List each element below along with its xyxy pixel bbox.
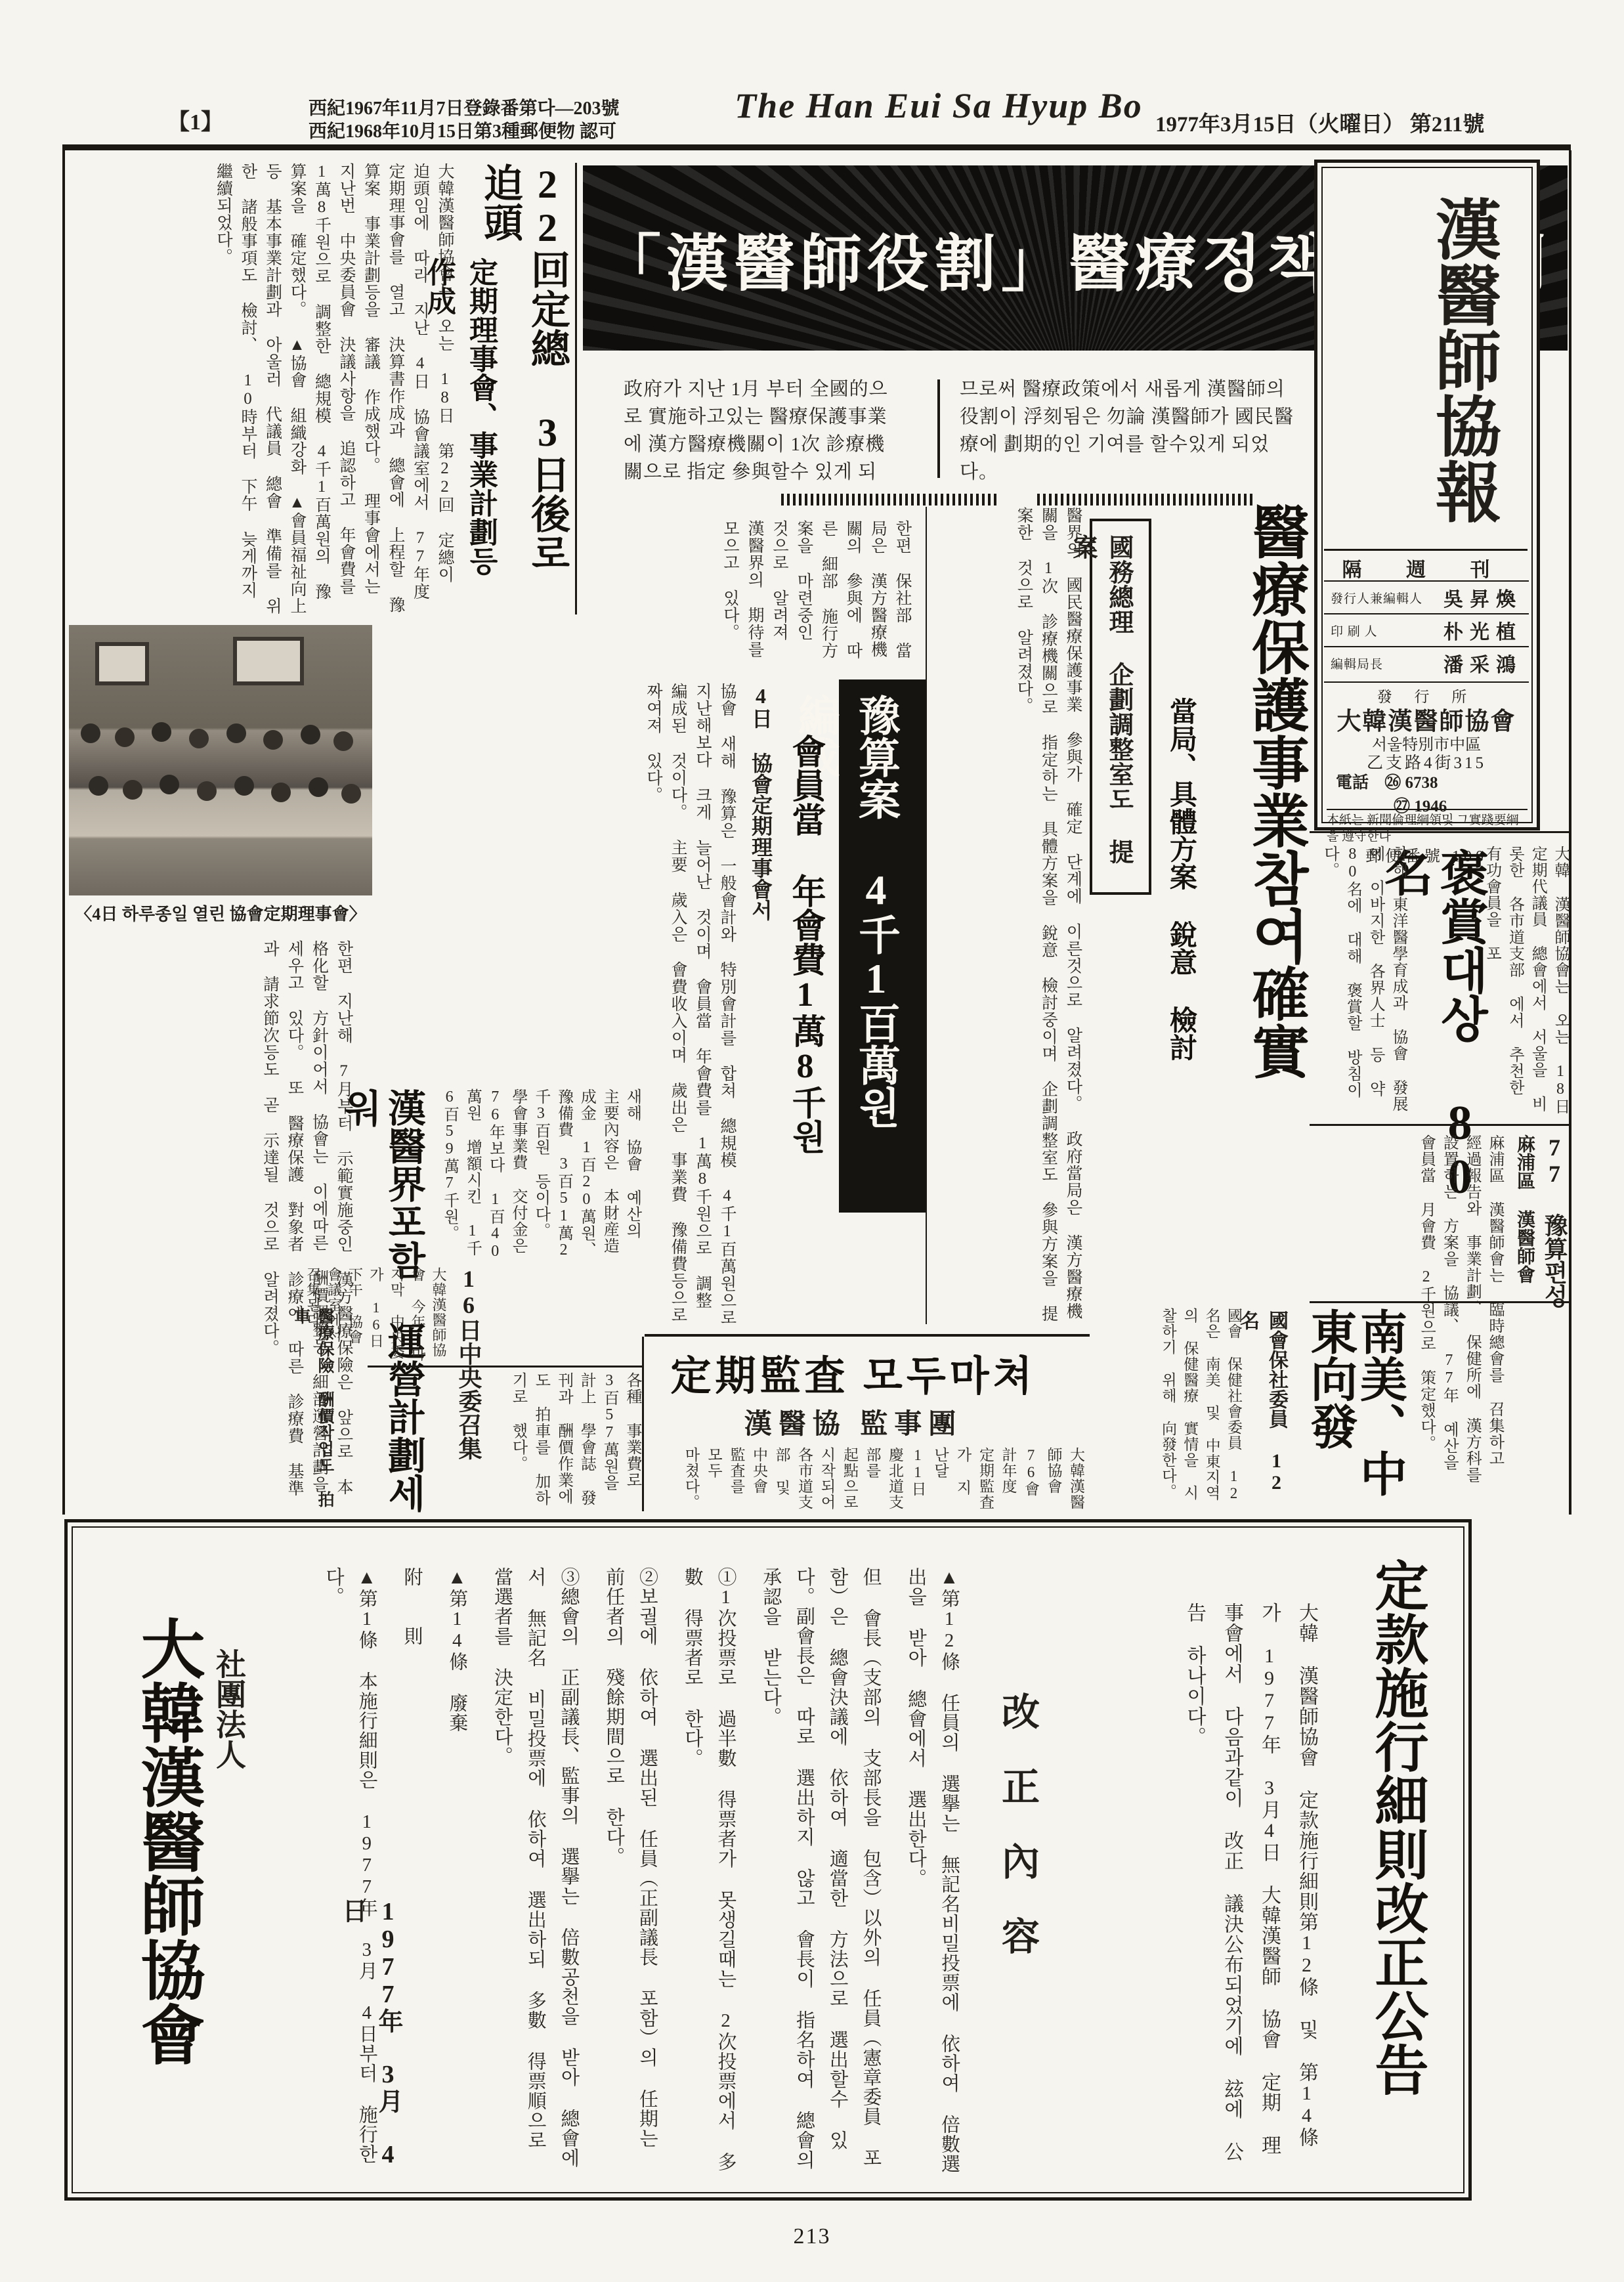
hanui-body-2: 各種 事業費로 3百57萬원을 計上 學會誌 發刊과 酬價作業에도 拍車를 加하… [487, 1372, 643, 1509]
staff-name: 朴光植 [1443, 616, 1522, 645]
notice-items: ▲第12條 任員의 選擧는 無記名비밀投票에 依하여 倍數選出을 받아 總會에서… [463, 1567, 966, 2178]
staff-row: 編輯局長 潘采鴻 [1324, 646, 1529, 679]
medical-subhead: 當局、具體方案 銳意 檢討 [1153, 697, 1201, 1134]
notice-section-title: 改正內容 [979, 1692, 1044, 2099]
jeongchong-subhead: 定期理事會、事業計劃등 作成 [459, 257, 502, 612]
notice-date: 1977年 3月 4日 [364, 1898, 406, 2182]
budget-subhead-fee: 會員當 年會費1萬8千원 [780, 734, 830, 1212]
notice-item: ▲第14條 廢棄 [440, 1567, 474, 2178]
jeongchong-headline: 22回定總 3日後로 迫頭 [504, 163, 571, 614]
gamsa-headline: 定期監査 모두마쳐 [656, 1343, 1050, 1394]
registration-line-2: 西紀1968年10月15日第3種郵便物 認可 [309, 120, 742, 143]
section-rule [368, 1366, 643, 1367]
nammi-subhead: 國會保社委員 12名 [1252, 1310, 1291, 1506]
budget-headline-box: 豫算案 4千1百萬원 編成 [839, 679, 926, 1213]
staff-label: 編輯局長 [1331, 655, 1383, 672]
hatch-divider [781, 494, 998, 506]
registration-line-1: 西紀1967年11月7日登錄番第다—203號 [309, 97, 742, 120]
lede-divider [937, 379, 940, 478]
section-rule [1310, 831, 1571, 833]
column-rule [575, 163, 577, 614]
posang-body-left: 함해 東洋醫學育成과 協會 發展에 이바지한 各界人士 등 약80名에 대해 褒… [1310, 846, 1409, 1115]
staff-label: 發行人兼編輯人 [1331, 589, 1422, 607]
gamsa-body: 大韓漢醫師協會 76會計年度 定期監査가 지난달 11日 慶北道支部를 起點으로… [649, 1447, 1087, 1510]
mapo-headline: 77 豫算편성 [1537, 1134, 1571, 1312]
jeongchong-body: 大韓漢醫師協會는 오는 18日 第22回 定總이 迫頭임에 따라 지난 4日 協… [66, 163, 457, 614]
masthead-title: 漢醫師協報 [1363, 180, 1495, 540]
medical-body: 醫界의 國民醫療保護事業 參與가 確定 단계에 이른것으로 알려졌다。 政府當局… [929, 507, 1085, 1324]
staff-name: 潘采鴻 [1443, 649, 1522, 678]
hanui-body: 새해 協會 예산의 主要內容은 本財産造成金 1百20萬원、 豫備費 3百51萬… [428, 1088, 643, 1262]
page-marker: 【1】 [167, 104, 226, 134]
notice-item: ①1次投票로 過半數 得票者가 못생길때는 2次投票에서 多數 得票者로 한다。 [675, 1567, 742, 2178]
meeting-photo [69, 625, 372, 895]
phone-label: 電話 [1336, 774, 1369, 792]
phone-number-1: ㉖ 6738 [1384, 774, 1438, 792]
registration-info: 西紀1967年11月7日登錄番第다—203號 西紀1968年10月15日第3種郵… [309, 97, 742, 148]
date-line: 1977年3月15日（火曜日） 第211號 [1155, 107, 1562, 136]
budget-headline: 豫算案 4千1百萬원 編成 [859, 694, 906, 1198]
attendees-silhouettes [89, 776, 108, 796]
section-rule [1310, 1124, 1571, 1126]
notice-item: ②보궐에 依하여 選出된 任員（正副議長 포함）의 任期는 前任者의 殘餘期間으… [597, 1567, 664, 2178]
wall-frame [95, 642, 149, 685]
nammi-headline: 南美、中東向發 [1301, 1308, 1403, 1505]
staff-row: 印 刷 人 朴光植 [1324, 613, 1529, 646]
banner-continuation: 한편 保社部 當局은 漢方醫療機關의 參與에 따른 細部 施行方案을 마련중인 … [583, 520, 914, 670]
wall-frame [233, 637, 304, 685]
nammi-body: 國會 保健社會委員 12名은 南美 및 中東지역의 保健醫療 實情을 시찰하기 … [1116, 1308, 1245, 1505]
ethics-statement: 本紙는 新聞倫理綱領및 그實踐要綱을 遵守한다 [1327, 809, 1528, 845]
masthead-frequency: 隔 週 刊 [1324, 549, 1528, 580]
english-title: The Han Eui Sa Hyup Bo [709, 85, 1168, 131]
notice-intro: 大韓 漢醫師協會 定款施行細則第12條 및 第14條가 1977年 3月4日 大… [1105, 1603, 1325, 2164]
attendees-silhouettes [81, 723, 100, 743]
medical-box-note: 國務總理 企劃調整室도 提案 [1104, 534, 1137, 876]
notice-item: ▲第12條 任員의 選擧는 無記名비밀投票에 依하여 倍數選出을 받아 總會에서… [899, 1567, 966, 2178]
left-border [62, 150, 65, 1515]
header-rule [62, 144, 1571, 150]
masthead-box: 漢醫師協報 隔 週 刊 發行人兼編輯人 吳昇煥 印 刷 人 朴光植 編輯局長 潘… [1314, 160, 1540, 830]
gamsa-subhead: 漢醫協 監事團 [696, 1402, 1011, 1438]
notice-box: 定款施行細則改正公告 大韓 漢醫師協會 定款施行細則第12條 및 第14條가 1… [64, 1519, 1472, 2201]
notice-headline: 定款施行細則改正公告 [1341, 1558, 1426, 2168]
lede-left: 政府가 지난 1月 부터 全國的으로 實施하고있는 醫療保護事業에 漢方醫療機關… [624, 376, 899, 487]
notice-signature: 大韓漢醫師協會 [94, 1616, 202, 2188]
staff-label: 印 刷 人 [1331, 622, 1378, 639]
jungangwi-body: 大韓漢醫師協會 今年 마지막 中央委가 16日 下午 協會 會議室에서 召集된다… [366, 1267, 449, 1363]
masthead-staff: 發行人兼編輯人 吳昇煥 印 刷 人 朴光植 編輯局長 潘采鴻 [1324, 580, 1529, 679]
section-rule [1310, 1301, 1571, 1303]
mapo-subhead: 麻浦區 漢醫師會 [1507, 1134, 1537, 1325]
photo-caption: 〈4日 하루종일 열린 協會定期理事會〉 [69, 901, 372, 927]
notice-item: 但 會長（支部의 支部長을 包含）以外의 任員（憲章委員 포함）은 總會決議에 … [754, 1567, 887, 2178]
notice-item: ③總會의 正副議長、監事의 選擧는 倍數공천을 받아 總會에서 無記名 비밀投票… [485, 1567, 585, 2178]
staff-row: 發行人兼編輯人 吳昇煥 [1324, 580, 1529, 613]
lede-right: 므로써 醫療政策에서 새롭게 漢醫師의 役割이 浮刻됨은 勿論 漢醫師가 國民醫… [960, 376, 1298, 487]
section-rule [645, 1334, 1090, 1337]
medical-headline: 醫療保護事業참여確實 [1207, 502, 1306, 1136]
medical-box-note-frame: 國務總理 企劃調整室도 提案 [1090, 519, 1151, 895]
newspaper-page: 【1】 西紀1967年11月7日登錄番第다—203號 西紀1968年10月15日… [0, 0, 1624, 2282]
budget-subhead-date: 4日 協會定期理事會서 [743, 684, 776, 981]
column-rule [926, 507, 927, 1324]
posang-body-right: 大韓 漢醫師協會는 오는 18日 定期代議員 總會에서 서울을 비롯한 各市道支… [1489, 846, 1571, 1115]
notice-org-type: 社團法人 [200, 1648, 250, 1856]
staff-name: 吳昇煥 [1443, 583, 1522, 612]
jungangwi-headline: 16日中央委召集 [452, 1266, 486, 1509]
page-number: 213 [0, 2224, 1624, 2249]
